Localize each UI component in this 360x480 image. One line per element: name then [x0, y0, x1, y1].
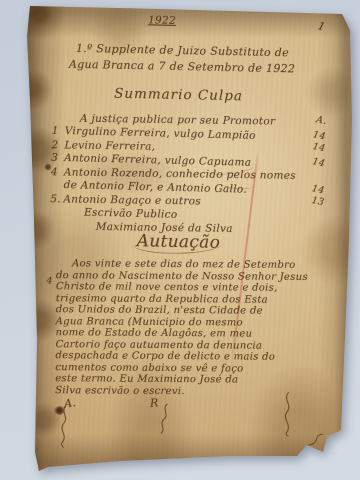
folio-mark: 13 [311, 194, 350, 214]
margin-number: 4 [46, 276, 52, 286]
defendant-number: 3 [51, 151, 64, 165]
bottom-rubric: R [150, 396, 159, 409]
rubric-flourish-icon [156, 402, 174, 436]
autuacao-heading: Autuação [103, 230, 253, 255]
handwritten-content: 1922 1 1.º Supplente de Juizo Substituto… [0, 0, 360, 480]
case-type-title: Summario Culpa [88, 85, 268, 105]
folio-mark [324, 168, 350, 186]
defendant-number [50, 178, 63, 192]
manuscript-page: 1922 1 1.º Supplente de Juizo Substituto… [0, 0, 360, 480]
page-number: 1 [316, 19, 326, 33]
rubric-flourish-icon [57, 404, 72, 448]
body-line: Silva escrivão o escrevi. [55, 385, 305, 398]
rubric-flourish-icon [279, 391, 297, 438]
parties-list: A justiça publica por seu Promotor A. 1 … [50, 111, 350, 239]
rubric-flourish-icon [300, 428, 327, 459]
defendant-number: 1 [52, 124, 65, 138]
court-header: 1.º Supplente de Juizo Substituto de Agu… [55, 40, 310, 77]
manuscript-photo: 1922 1 1.º Supplente de Juizo Substituto… [0, 0, 360, 480]
autuacao-body: Aos vinte e sete dias do mez de Setembro… [55, 258, 306, 398]
autuacao-title: Autuação [132, 231, 224, 255]
clerk-title: Escrivão Publico [50, 205, 178, 222]
year-annotation: 1922 [148, 14, 176, 27]
